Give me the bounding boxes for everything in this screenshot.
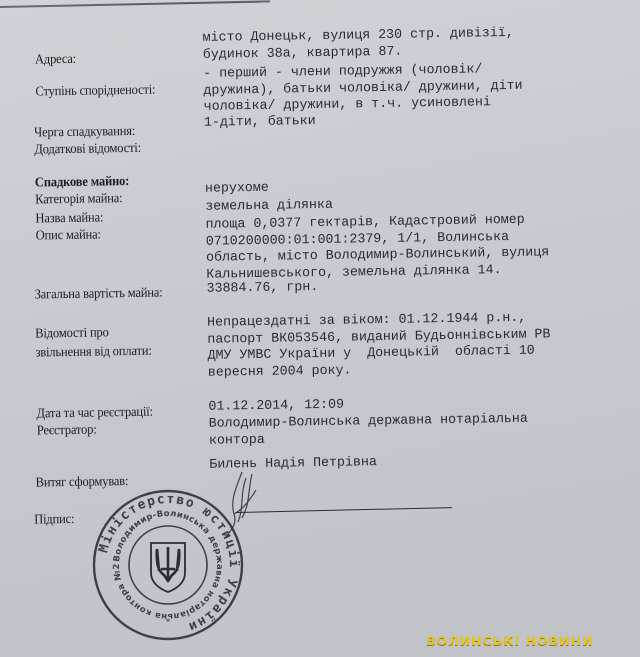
value-property-category: нерухоме xyxy=(205,180,269,198)
watermark-volynski-novyny: ВОЛИНСЬКІ НОВИНИ xyxy=(426,633,593,648)
section-heading-inherited-property: Спадкове майно: xyxy=(35,173,130,190)
label-relationship-degree: Ступінь спорідненості: xyxy=(35,82,155,100)
label-registration-datetime: Дата та час реєстрації: xyxy=(36,404,153,422)
label-additional-info: Додаткові відомості: xyxy=(34,140,141,158)
label-total-value: Загальна вартість майна: xyxy=(35,284,163,302)
value-inheritance-order: 1-діти, батьки xyxy=(204,113,316,131)
value-registrar: Володимир-Волинська державна нотаріальна… xyxy=(209,411,529,449)
label-property-description: Опис майна: xyxy=(36,226,101,243)
value-address: місто Донецьк, вулиця 230 стр. дивізії, … xyxy=(202,25,514,63)
value-total-value: 33884.76, грн. xyxy=(206,279,318,297)
label-address: Адреса: xyxy=(35,51,76,68)
official-stamp: Міністерство юстиції України Володимир-В… xyxy=(88,485,248,645)
label-exemption-info: Відомості про звільнення від оплати: xyxy=(35,322,152,362)
svg-text:*: * xyxy=(166,617,171,627)
label-property-name: Назва майна: xyxy=(35,209,103,226)
label-signature: Підпис: xyxy=(34,511,74,528)
value-exemption-info: Непрацездатні за віком: 01.12.1944 р.н.,… xyxy=(207,309,551,380)
trident-coat-of-arms-icon xyxy=(151,543,185,592)
label-inheritance-order: Черга спадкування: xyxy=(34,123,135,141)
label-property-category: Категорія майна: xyxy=(35,190,123,207)
value-registration-datetime: 01.12.2014, 12:09 xyxy=(208,397,344,416)
label-registrar: Реєстратор: xyxy=(37,422,97,439)
value-relationship-degree: - перший - члени подружжя (чоловік/ друж… xyxy=(203,61,523,116)
value-property-description: площа 0,0377 гектарів, Кадастровий номер… xyxy=(205,211,549,282)
value-property-name: земельна ділянка xyxy=(205,197,333,216)
